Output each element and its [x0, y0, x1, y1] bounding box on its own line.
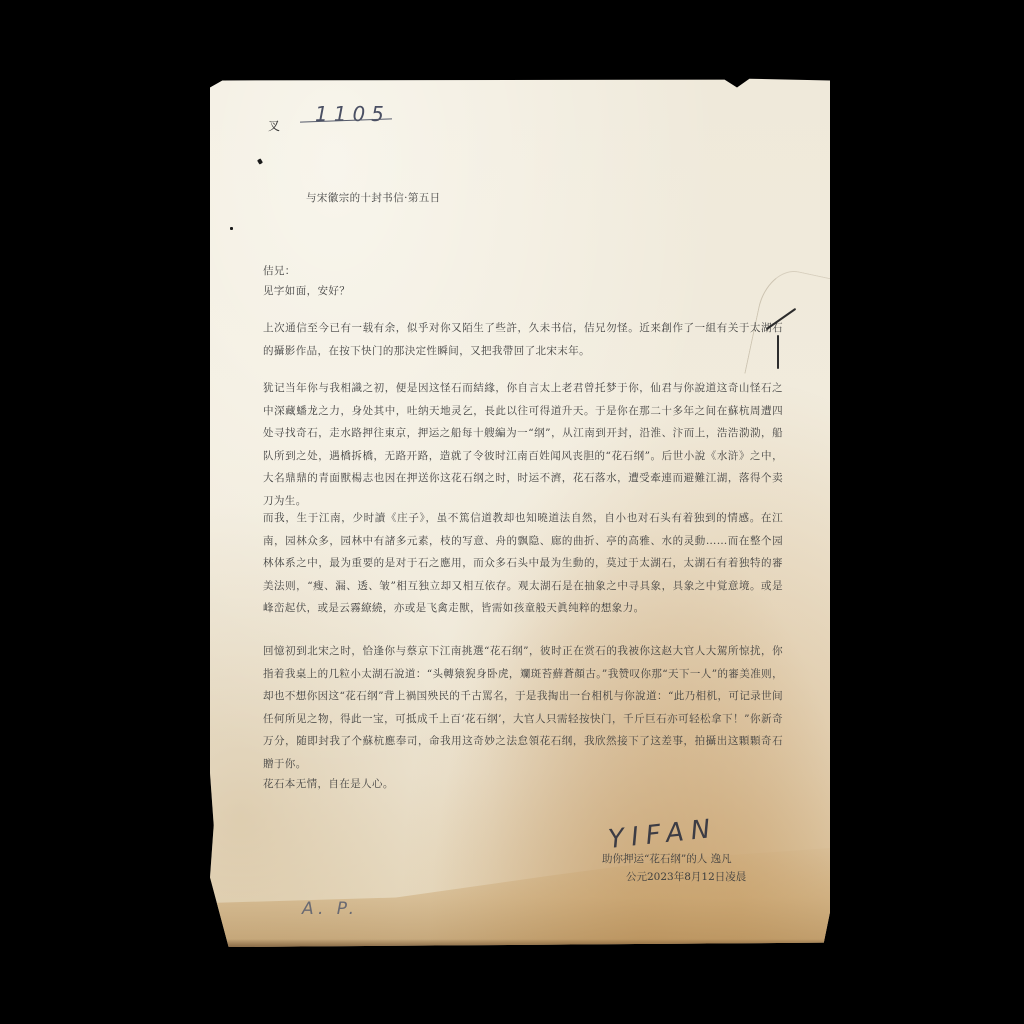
greeting: 见字如面，安好？	[263, 281, 350, 301]
letter-paper: 1105 叉 与宋徽宗的十封书信·第五日 佶兄： 见字如面，安好？ 上次通信至今…	[210, 77, 830, 947]
salutation-block: 佶兄： 见字如面，安好？	[263, 261, 350, 301]
paragraph-1: 上次通信至今已有一载有余，似乎对你又陌生了些許，久未书信，佶兄勿怪。近来創作了一…	[263, 317, 783, 362]
closing-line: 花石本无情，自在是人心。	[263, 773, 394, 796]
ink-dot	[257, 158, 263, 164]
paragraph-2: 犹记当年你与我相識之初，便是因这怪石而結緣，你自言太上老君曾托梦于你，仙君与你說…	[263, 377, 783, 512]
letter-title: 与宋徽宗的十封书信·第五日	[306, 187, 441, 210]
paragraph-4: 回憶初到北宋之时，恰逢你与蔡京下江南挑選“花石纲”，彼时正在赏石的我被你这赵大官…	[263, 640, 783, 775]
signature-date: 公元2023年8月12日凌晨	[626, 869, 746, 884]
paper-edge-shadow	[210, 939, 830, 947]
paragraph-3: 而我，生于江南，少时讀《庄子》，虽不篤信道教却也知曉道法自然，自小也对石头有着独…	[263, 507, 783, 620]
handwritten-signature: YIFAN	[607, 814, 719, 855]
staple	[777, 335, 779, 369]
salutation: 佶兄：	[263, 261, 350, 281]
handwritten-number: 1105	[315, 102, 390, 126]
ink-dot	[230, 227, 233, 230]
handwritten-mark: 叉	[268, 117, 280, 134]
handwritten-ap-mark: A. P.	[302, 899, 358, 919]
water-stain	[210, 837, 830, 947]
signature-name: 助你押运“花石纲”的人 逸凡	[602, 851, 732, 866]
